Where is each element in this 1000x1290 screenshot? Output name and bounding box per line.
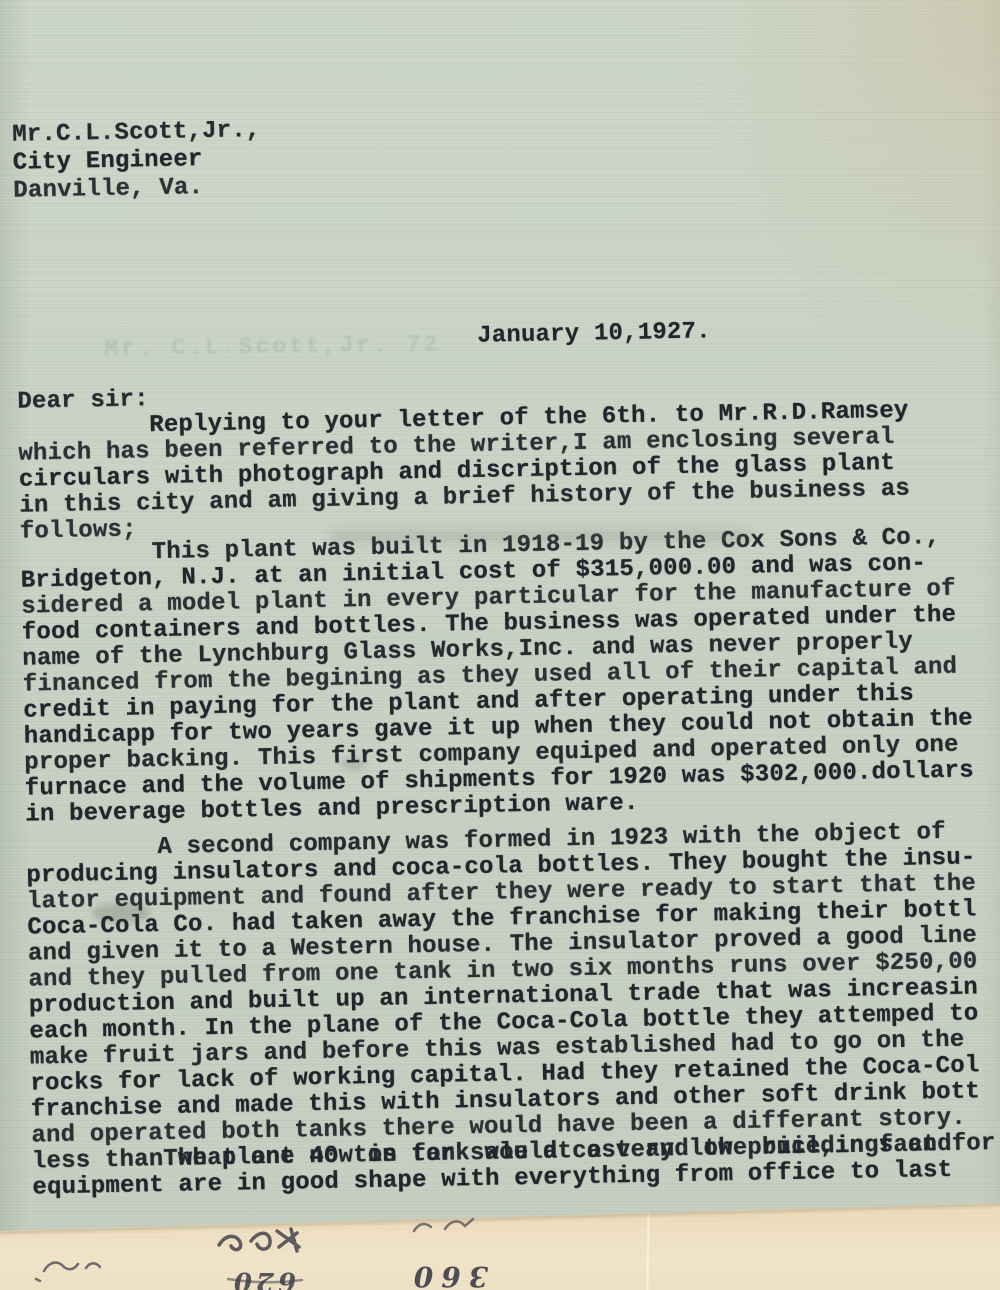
paragraph-second-company: A second company was formed in 1923 with… <box>26 819 996 1175</box>
typed-text-layer: Mr. C.L.Scott,Jr. 72 Mr.C.L.Scott,Jr.,Ci… <box>0 0 1000 1290</box>
recipient-line: Danville, Va. <box>13 173 262 206</box>
paragraph-plant-history: This plant was built in 1918-19 by the C… <box>20 524 974 828</box>
ghost-text-impression: Mr. C.L.Scott,Jr. 72 <box>104 332 440 361</box>
ink-scribble-center <box>219 1229 299 1251</box>
recipient-block: Mr.C.L.Scott,Jr.,City EngineerDanville, … <box>12 117 262 206</box>
recipient-line: Mr.C.L.Scott,Jr., <box>12 117 261 150</box>
handwritten-number-360: 360 <box>406 1260 488 1290</box>
letter-scan-page: 620 360 Mr. C.L.Scott,Jr. 72 Mr.C.L.Scot… <box>0 0 1000 1290</box>
letter-paper: Mr. C.L.Scott,Jr. 72 Mr.C.L.Scott,Jr.,Ci… <box>0 0 1000 1290</box>
date-line: January 10,1927. <box>477 319 711 349</box>
pencil-scribble-left <box>36 1263 100 1281</box>
paragraph-opening: Dear sir: Replying to your letter of the… <box>17 373 911 546</box>
handwritten-number-620: 620 <box>230 1266 296 1290</box>
